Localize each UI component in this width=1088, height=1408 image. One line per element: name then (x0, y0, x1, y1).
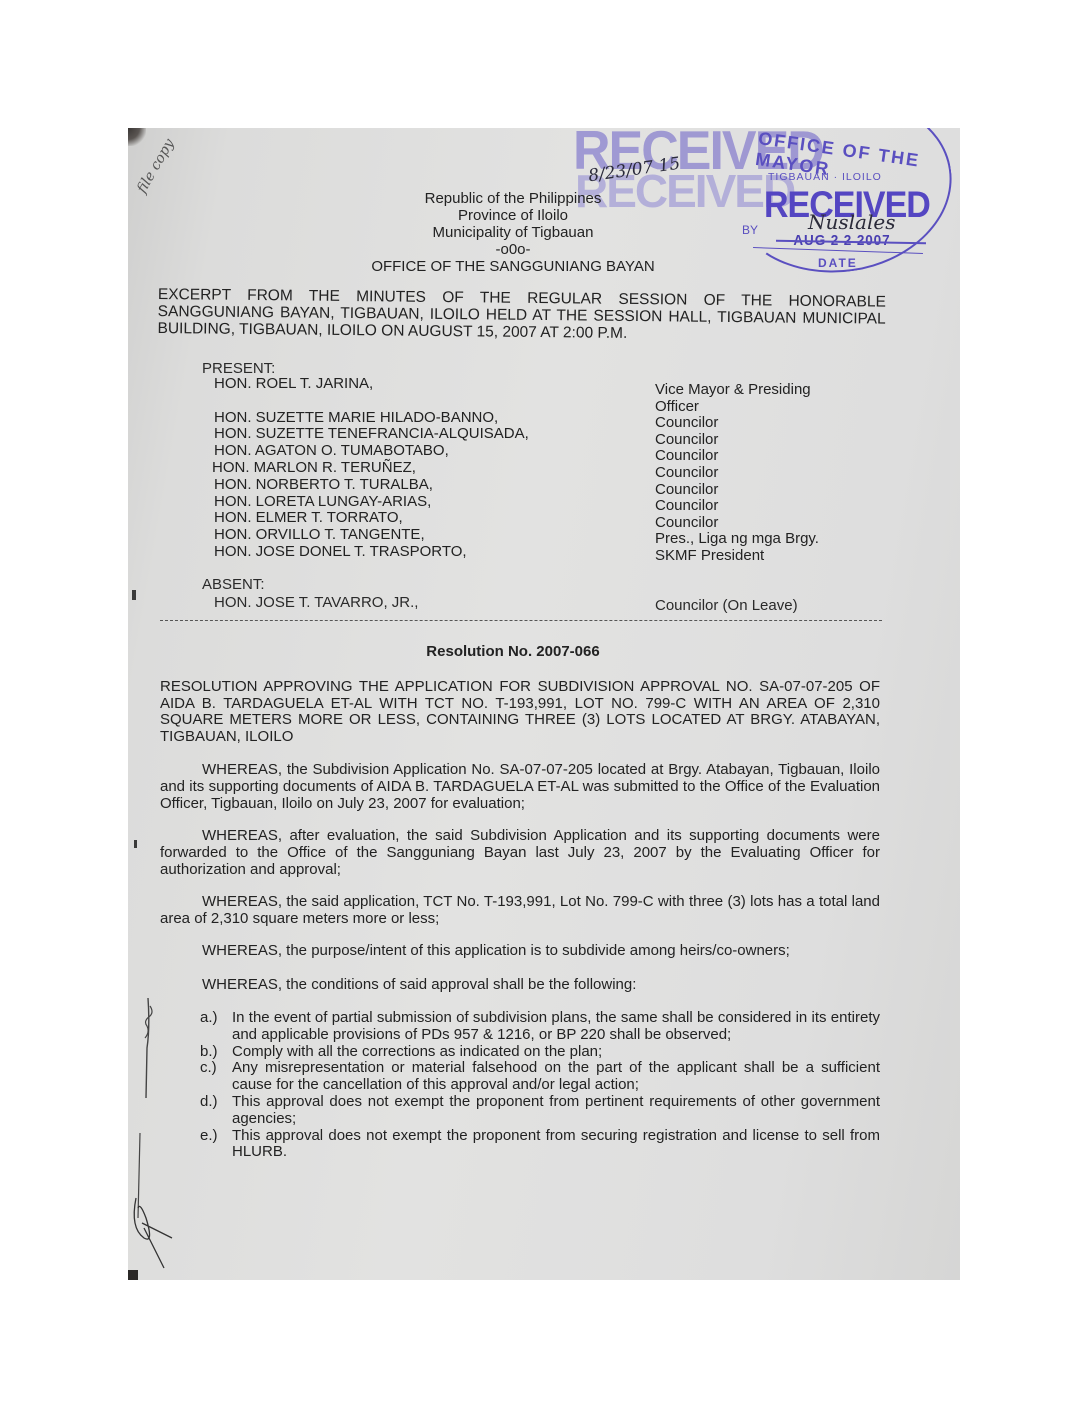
member-name: HON. JOSE DONEL T. TRASPORTO, (214, 544, 529, 561)
scanned-document-page: file copy RECEIVED RECEIVED 8/23/07 15 O… (128, 128, 960, 1280)
member-role: Vice Mayor & Presiding (655, 382, 819, 399)
member-name: HON. NORBERTO T. TURALBA, (214, 477, 529, 494)
header-province: Province of Iloilo (338, 207, 688, 224)
whereas-clause: WHEREAS, the Subdivision Application No.… (160, 761, 880, 812)
header-municipality: Municipality of Tigbauan (338, 224, 688, 241)
condition-label: b.) (200, 1044, 232, 1061)
member-name: HON. ELMER T. TORRATO, (214, 510, 529, 527)
whereas-clause: WHEREAS, the conditions of said approval… (160, 976, 880, 993)
member-role: Pres., Liga ng mga Brgy. (655, 531, 819, 548)
member-name: HON. AGATON O. TUMABOTABO, (214, 443, 529, 460)
condition-label: a.) (200, 1010, 232, 1044)
member-name: HON. ROEL T. JARINA, (214, 376, 529, 393)
member-role: SKMF President (655, 548, 819, 565)
condition-item: a.) In the event of partial submission o… (200, 1010, 880, 1044)
resolution-number: Resolution No. 2007-066 (128, 643, 898, 660)
member-role: Councilor (655, 415, 819, 432)
received-stamp-office-of-mayor: OFFICE OF THE MAYOR TIGBAUAN · ILOILO RE… (698, 128, 958, 278)
member-role: Councilor (655, 465, 819, 482)
header-republic: Republic of the Philippines (338, 190, 688, 207)
absent-member-name: HON. JOSE T. TAVARRO, JR., (214, 594, 418, 611)
margin-signatures-icon (128, 988, 188, 1278)
condition-label: c.) (200, 1060, 232, 1094)
member-name: HON. ORVILLO T. TANGENTE, (214, 527, 529, 544)
header-office: OFFICE OF THE SANGGUNIANG BAYAN (338, 258, 688, 275)
margin-mark (132, 590, 136, 600)
document-header: Republic of the Philippines Province of … (338, 190, 688, 275)
stamp-signature: Nuslales (808, 210, 895, 234)
member-name: HON. LORETA LUNGAY-ARIAS, (214, 494, 529, 511)
present-members-list: HON. ROEL T. JARINA, HON. SUZETTE MARIE … (214, 376, 529, 561)
whereas-clause: WHEREAS, the said application, TCT No. T… (160, 893, 880, 927)
condition-text: In the event of partial submission of su… (232, 1010, 880, 1044)
member-role: Councilor (655, 498, 819, 515)
condition-item: c.) Any misrepresentation or material fa… (200, 1060, 880, 1094)
absent-member-role: Councilor (On Leave) (655, 597, 798, 614)
member-role: Councilor (655, 432, 819, 449)
condition-item: e.) This approval does not exempt the pr… (200, 1128, 880, 1162)
condition-item: d.) This approval does not exempt the pr… (200, 1094, 880, 1128)
stamp-by-label: BY (742, 223, 758, 237)
condition-text: This approval does not exempt the propon… (232, 1094, 880, 1128)
minutes-excerpt-heading: EXCERPT FROM THE MINUTES OF THE REGULAR … (157, 286, 885, 345)
stamp-place: TIGBAUAN · ILOILO (768, 171, 882, 183)
spacer (214, 393, 529, 410)
section-divider (160, 620, 882, 621)
approval-conditions-list: a.) In the event of partial submission o… (200, 1010, 880, 1161)
resolution-title: RESOLUTION APPROVING THE APPLICATION FOR… (160, 679, 880, 745)
margin-mark (134, 840, 137, 848)
condition-item: b.) Comply with all the corrections as i… (200, 1044, 880, 1061)
member-name: HON. MARLON R. TERUÑEZ, (212, 460, 529, 477)
page-corner-shadow (128, 128, 146, 146)
whereas-clause: WHEREAS, after evaluation, the said Subd… (160, 827, 880, 878)
header-separator: -o0o- (338, 241, 688, 258)
member-role: Councilor (655, 482, 819, 499)
member-role: Councilor (655, 448, 819, 465)
present-roles-list: Vice Mayor & Presiding Officer Councilor… (655, 382, 819, 565)
condition-label: e.) (200, 1128, 232, 1162)
whereas-clause: WHEREAS, the purpose/intent of this appl… (160, 942, 880, 959)
condition-text: This approval does not exempt the propon… (232, 1128, 880, 1162)
condition-label: d.) (200, 1094, 232, 1128)
condition-text: Any misrepresentation or material falseh… (232, 1060, 880, 1094)
member-role: Officer (655, 399, 819, 416)
condition-text: Comply with all the corrections as indic… (232, 1044, 880, 1061)
member-name: HON. SUZETTE TENEFRANCIA-ALQUISADA, (214, 426, 529, 443)
member-role: Councilor (655, 515, 819, 532)
absent-label: ABSENT: (202, 576, 265, 593)
stamp-date-label: DATE (818, 256, 858, 270)
member-name: HON. SUZETTE MARIE HILADO-BANNO, (214, 410, 529, 427)
